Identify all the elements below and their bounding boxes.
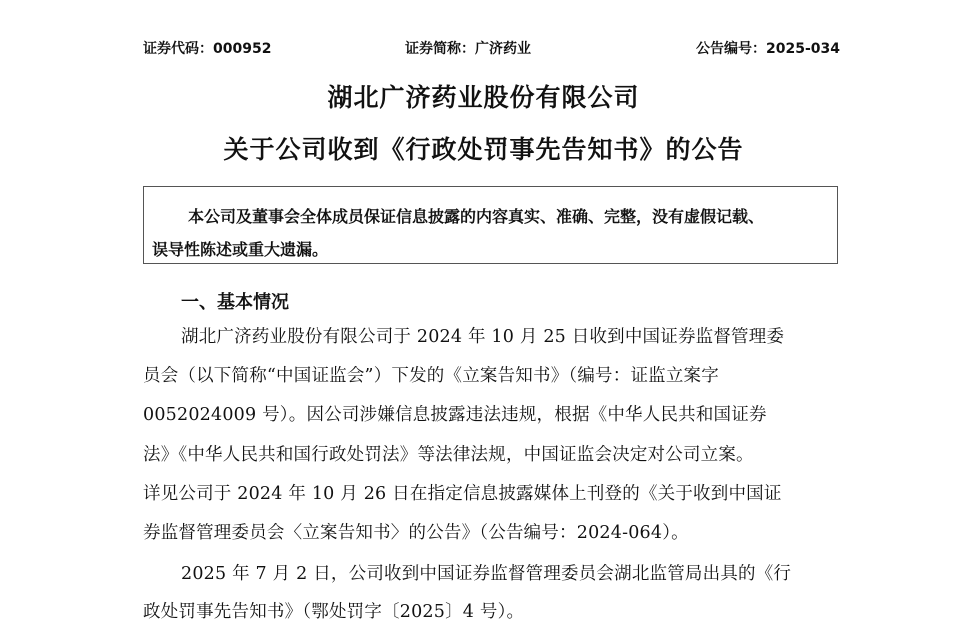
notice-line: 本公司及董事会全体成员保证信息披露的内容真实、准确、完整，没有虚假记载、 xyxy=(188,204,764,227)
document-page: 证券代码：000952 证券简称：广济药业 公告编号：2025-034 湖北广济… xyxy=(0,0,967,625)
disclosure-notice-box: 本公司及董事会全体成员保证信息披露的内容真实、准确、完整，没有虚假记载、 误导性… xyxy=(143,186,838,264)
paragraph-line: 券监督管理委员会〈立案告知书〉的公告》（公告编号：2024-064）。 xyxy=(143,519,689,544)
notice-line: 误导性陈述或重大遗漏。 xyxy=(152,237,328,260)
company-title: 湖北广济药业股份有限公司 xyxy=(0,78,967,114)
paragraph-line: 0052024009 号）。因公司涉嫌信息披露违法违规，根据《中华人民共和国证券 xyxy=(143,401,767,426)
section-heading: 一、基本情况 xyxy=(181,288,289,314)
paragraph-line: 详见公司于 2024 年 10 月 26 日在指定信息披露媒体上刊登的《关于收到… xyxy=(143,480,782,505)
paragraph-line: 湖北广济药业股份有限公司于 2024 年 10 月 25 日收到中国证券监督管理… xyxy=(181,323,784,348)
paragraph-line: 员会（以下简称“中国证监会”）下发的《立案告知书》（编号：证监立案字 xyxy=(143,362,719,387)
paragraph-line: 2025 年 7 月 2 日，公司收到中国证券监督管理委员会湖北监管局出具的《行 xyxy=(181,560,791,585)
paragraph-line: 政处罚事先告知书》（鄂处罚字〔2025〕4 号）。 xyxy=(143,598,524,623)
stock-code: 证券代码：000952 xyxy=(143,38,271,58)
announcement-number: 公告编号：2025-034 xyxy=(696,38,840,58)
paragraph-line: 法》《中华人民共和国行政处罚法》等法律法规，中国证监会决定对公司立案。 xyxy=(143,441,754,466)
announcement-title: 关于公司收到《行政处罚事先告知书》的公告 xyxy=(0,130,967,166)
document-header: 证券代码：000952 证券简称：广济药业 公告编号：2025-034 xyxy=(143,38,840,60)
stock-abbreviation: 证券简称：广济药业 xyxy=(405,38,531,58)
